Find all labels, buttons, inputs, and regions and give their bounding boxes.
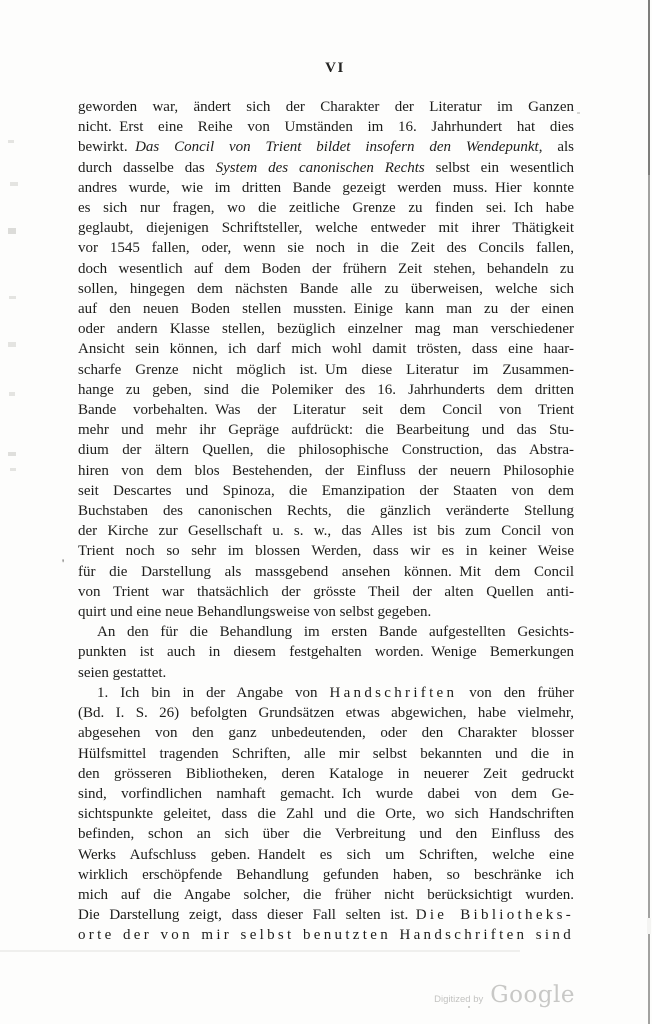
- scan-speck: [10, 182, 18, 186]
- text-segment: scharfe Grenze nicht möglich ist. Um die…: [78, 362, 574, 378]
- text-segment: Werks Aufschluss geben. Handelt es sich …: [78, 847, 574, 863]
- text-segment: den grösseren Bibliotheken, deren Katalo…: [78, 766, 574, 782]
- digitized-by-label: Digitized by: [434, 994, 483, 1005]
- text-segment: Trient noch so sehr im blossen Werden, d…: [78, 543, 574, 559]
- text-segment: sichtspunkte geleitet, dass die Zahl und…: [78, 806, 574, 822]
- text-line: auf den neuen Boden stellen mussten. Ein…: [78, 299, 574, 319]
- text-segment: für die Darstellung als massgebend anseh…: [78, 564, 574, 580]
- scan-speck: [8, 140, 14, 143]
- scan-speck: [8, 452, 16, 456]
- text-line: geglaubt, diejenigen Schriftsteller, wel…: [78, 218, 574, 238]
- text-line: befinden, schon an sich über die Verbrei…: [78, 824, 574, 844]
- scan-speck-apostrophe: ': [62, 556, 64, 571]
- text-line: Trient noch so sehr im blossen Werden, d…: [78, 541, 574, 561]
- scan-speck: [468, 1006, 470, 1008]
- text-segment: nicht. Erst eine Reihe von Umständen im …: [78, 119, 574, 135]
- text-segment: mehr und mehr ihr Gepräge aufdrückt: die…: [78, 422, 574, 438]
- text-segment: quirt und eine neue Behandlungsweise von…: [78, 604, 431, 620]
- text-segment: seit Descartes und Spinoza, die Emanzipa…: [78, 483, 574, 499]
- text-segment: Bande vorbehalten. Was der Literatur sei…: [78, 402, 574, 418]
- text-segment: sollen, hingegen dem nächsten Bande alle…: [78, 281, 574, 297]
- text-line: andres wurde, wie im dritten Bande gezei…: [78, 178, 574, 198]
- text-segment: abgesehen von den ganz unbedeutenden, od…: [78, 725, 574, 741]
- text-segment: An den für die Behandlung im ersten Band…: [97, 624, 574, 640]
- text-segment: Hülfsmittel tragenden Schriften, alle mi…: [78, 746, 574, 762]
- text-segment: 1. Ich bin in der Angabe von: [97, 685, 329, 701]
- text-line: bewirkt. Das Concil von Trient bildet in…: [78, 137, 574, 157]
- text-segment: Ansicht sein können, ich darf mich wohl …: [78, 341, 574, 357]
- text-segment-spaced: orte der von mir selbst benutzten Handsc…: [78, 927, 574, 943]
- text-segment: es sich nur fragen, wo die zeitliche Gre…: [78, 200, 574, 216]
- text-line: seit Descartes und Spinoza, die Emanzipa…: [78, 481, 574, 501]
- text-segment: von den früher: [457, 685, 574, 701]
- text-segment: bewirkt.: [78, 139, 135, 155]
- text-line: sind, vorfindlichen namhaft gemacht. Ich…: [78, 784, 574, 804]
- text-segment: von Trient war thatsächlich der grösste …: [78, 584, 574, 600]
- text-segment: dium der ältern Quellen, die philosophis…: [78, 442, 574, 458]
- text-segment-spaced: Handschriften: [329, 685, 457, 701]
- text-line: mich auf die Angabe solcher, die früher …: [78, 885, 574, 905]
- text-segment: sind, vorfindlichen namhaft gemacht. Ich…: [78, 786, 574, 802]
- text-segment: der Kirche zur Gesellschaft u. s. w., da…: [78, 523, 574, 539]
- text-segment: (Bd. I. S. 26) befolgten Grundsätzen etw…: [78, 705, 574, 721]
- text-line: durch dasselbe das System des canonische…: [78, 158, 574, 178]
- scan-speck: [8, 228, 16, 234]
- scan-speck: [10, 468, 16, 471]
- text-line: der Kirche zur Gesellschaft u. s. w., da…: [78, 521, 574, 541]
- text-line: den grösseren Bibliotheken, deren Katalo…: [78, 764, 574, 784]
- text-line: 1. Ich bin in der Angabe von Handschrift…: [78, 683, 574, 703]
- scan-speck: [8, 342, 16, 347]
- text-line: sollen, hingegen dem nächsten Bande alle…: [78, 279, 574, 299]
- text-line: nicht. Erst eine Reihe von Umständen im …: [78, 117, 574, 137]
- text-line: Werks Aufschluss geben. Handelt es sich …: [78, 845, 574, 865]
- text-line: Die Darstellung zeigt, dass dieser Fall …: [78, 905, 574, 925]
- body-text-block: geworden war, ändert sich der Charakter …: [78, 97, 574, 946]
- text-line: oder andern Klasse stellen, bezüglich ei…: [78, 319, 574, 339]
- text-line: (Bd. I. S. 26) befolgten Grundsätzen etw…: [78, 703, 574, 723]
- text-segment: befinden, schon an sich über die Verbrei…: [78, 826, 574, 842]
- text-line: orte der von mir selbst benutzten Handsc…: [78, 925, 574, 945]
- text-line: dium der ältern Quellen, die philosophis…: [78, 440, 574, 460]
- text-segment: seien gestattet.: [78, 665, 166, 681]
- text-line: sichtspunkte geleitet, dass die Zahl und…: [78, 804, 574, 824]
- text-line: vor 1545 fallen, oder, wenn sie noch in …: [78, 238, 574, 258]
- text-segment: wirklich erschöpfende Behandlung gefunde…: [78, 867, 574, 883]
- text-line: hiren von dem blos Bestehenden, der Einf…: [78, 461, 574, 481]
- text-line: seien gestattet.: [78, 663, 574, 683]
- text-segment: punkten ist auch in diesem festgehalten …: [78, 644, 574, 660]
- text-segment: vor 1545 fallen, oder, wenn sie noch in …: [78, 240, 574, 256]
- text-line: scharfe Grenze nicht möglich ist. Um die…: [78, 360, 574, 380]
- text-segment: selbst ein wesentlich: [425, 160, 574, 176]
- scan-edge-gap: [647, 918, 651, 934]
- scanned-book-page: VI geworden war, ändert sich der Charakt…: [0, 0, 652, 1024]
- text-line: punkten ist auch in diesem festgehalten …: [78, 642, 574, 662]
- text-segment-spaced: Die Bibliotheks-: [416, 907, 574, 923]
- text-segment: Die Darstellung zeigt, dass dieser Fall …: [78, 907, 416, 923]
- google-logo: Google: [490, 982, 575, 1008]
- text-segment: mich auf die Angabe solcher, die früher …: [78, 887, 574, 903]
- text-segment: oder andern Klasse stellen, bezüglich ei…: [78, 321, 574, 337]
- text-segment: , als: [539, 139, 574, 155]
- text-segment-italic: Das Concil von Trient bildet insofern de…: [135, 139, 539, 155]
- text-line: Hülfsmittel tragenden Schriften, alle mi…: [78, 744, 574, 764]
- scan-speck: [9, 392, 15, 396]
- text-segment-italic: System des canonischen Rechts: [216, 160, 425, 176]
- page-number: VI: [87, 60, 583, 77]
- text-segment: doch wesentlich auf dem Boden der früher…: [78, 261, 574, 277]
- text-line: hange zu geben, sind die Polemiker des 1…: [78, 380, 574, 400]
- text-line: doch wesentlich auf dem Boden der früher…: [78, 259, 574, 279]
- text-segment: durch dasselbe das: [78, 160, 216, 176]
- text-segment: auf den neuen Boden stellen mussten. Ein…: [78, 301, 574, 317]
- scan-edge-line-dark: [648, 0, 650, 175]
- text-segment: geglaubt, diejenigen Schriftsteller, wel…: [78, 220, 574, 236]
- text-line: Buchstaben des canonischen Rechts, die g…: [78, 501, 574, 521]
- text-line: Ansicht sein können, ich darf mich wohl …: [78, 339, 574, 359]
- text-line: mehr und mehr ihr Gepräge aufdrückt: die…: [78, 420, 574, 440]
- text-line: es sich nur fragen, wo die zeitliche Gre…: [78, 198, 574, 218]
- text-line: An den für die Behandlung im ersten Band…: [78, 622, 574, 642]
- text-line: geworden war, ändert sich der Charakter …: [78, 97, 574, 117]
- text-line: für die Darstellung als massgebend anseh…: [78, 562, 574, 582]
- google-watermark: Digitized by Google: [434, 982, 575, 1008]
- scan-bottom-line: [0, 950, 520, 952]
- text-line: wirklich erschöpfende Behandlung gefunde…: [78, 865, 574, 885]
- text-segment: hiren von dem blos Bestehenden, der Einf…: [78, 463, 574, 479]
- text-line: abgesehen von den ganz unbedeutenden, od…: [78, 723, 574, 743]
- text-segment: hange zu geben, sind die Polemiker des 1…: [78, 382, 574, 398]
- scan-speck: [9, 296, 16, 299]
- text-segment: andres wurde, wie im dritten Bande gezei…: [78, 180, 574, 196]
- text-segment: geworden war, ändert sich der Charakter …: [78, 99, 574, 115]
- text-line: Bande vorbehalten. Was der Literatur sei…: [78, 400, 574, 420]
- scan-speck: [577, 112, 580, 114]
- text-line: von Trient war thatsächlich der grösste …: [78, 582, 574, 602]
- text-line: quirt und eine neue Behandlungsweise von…: [78, 602, 574, 622]
- text-segment: Buchstaben des canonischen Rechts, die g…: [78, 503, 574, 519]
